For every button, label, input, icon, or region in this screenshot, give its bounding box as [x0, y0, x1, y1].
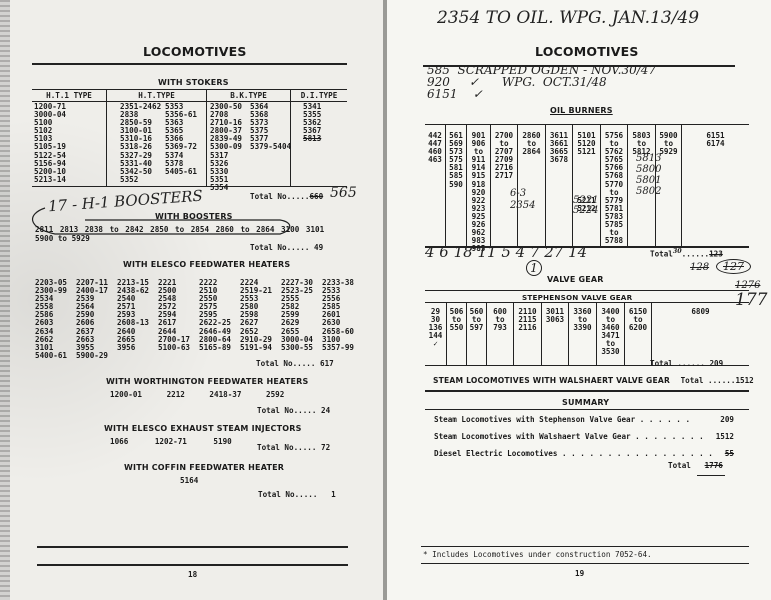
title-rule: [32, 63, 347, 65]
table-column: 6150 to 6200: [625, 303, 652, 365]
boosters-heading: WITH BOOSTERS: [155, 212, 233, 221]
oil-burners-table: 442 447 460 463561 569 573 575 581 585 5…: [425, 124, 749, 248]
col-header: H.T.TYPE: [107, 92, 206, 102]
worthington-values: 1200-01 2212 2418-37 2592: [110, 391, 284, 399]
elesco-injectors-values: 1066 1202-71 5190: [110, 438, 232, 446]
oil-burner-handwritten-col5: 6-3 2354: [510, 188, 535, 212]
right-page-number: 19: [575, 570, 584, 578]
col-values: 2300-50 2708 2710-16 2800-37 2839-49 530…: [210, 103, 242, 192]
table-column: 3611 3661 3665 3678: [546, 125, 573, 246]
footnote: * Includes Locomotives under constructio…: [423, 551, 652, 559]
col-values: 5364 5368 5373 5375 5377 5379-5404: [250, 103, 291, 184]
table-column: 6809: [652, 303, 749, 365]
table-column: 2110 2115 2116: [514, 303, 542, 365]
col-values: 2351-2462 2838 2850-59 3100-01 5310-16 5…: [120, 103, 161, 184]
stephenson-table: 29 30 136 144 ✓506 to 550560 to 597600 t…: [425, 302, 749, 366]
table-column: 560 to 597: [467, 303, 487, 365]
stephenson-heading: STEPHENSON VALVE GEAR: [522, 293, 632, 302]
worthington-heading: WITH WORTHINGTON FEEDWATER HEATERS: [106, 377, 308, 386]
col-values: 5353 5356-61 5363 5365 5366 5369-72 5374…: [165, 103, 197, 176]
struck-total: 128: [690, 262, 709, 273]
footnote-rule-bottom: [421, 563, 749, 564]
oil-burner-handwritten-counts: 4 6 18 11 5 4 7 27 14: [425, 243, 587, 261]
col-header: H.T.1 TYPE: [32, 92, 106, 102]
table-column: 506 to 550: [447, 303, 467, 365]
table-column: 29 30 136 144 ✓: [425, 303, 447, 365]
elesco-feedwater-grid: 2203-052207-112213-152221222222242227-30…: [35, 279, 363, 360]
table-column: 561 569 573 575 581 585 590: [446, 125, 467, 246]
table-column: 600 to 793: [487, 303, 514, 365]
table-column: 3011 3063: [542, 303, 569, 365]
table-column: 2860 to 2864: [518, 125, 546, 246]
coffin-total: Total No..... 1: [258, 491, 336, 499]
summary-row: Diesel Electric Locomotives . . . . . . …: [434, 450, 734, 458]
left-page-number: 18: [188, 571, 197, 579]
walshaert-line: STEAM LOCOMOTIVES WITH WALSHAERT VALVE G…: [433, 376, 754, 385]
table-column: 6151 6174: [682, 125, 749, 246]
coffin-values: 5164: [180, 477, 198, 485]
walshaert-rule: [425, 390, 749, 392]
oil-burner-handwritten-col9: 5813 5800 5801 5802: [636, 153, 661, 197]
stokers-col-bk: B.K.TYPE 2300-50 2708 2710-16 2800-37 28…: [207, 90, 291, 186]
left-page-title: LOCOMOTIVES: [143, 44, 247, 59]
summary-rule: [425, 409, 749, 410]
worthington-total: Total No..... 24: [257, 407, 330, 415]
stokers-heading: WITH STOKERS: [158, 78, 229, 87]
circled-count: 1: [526, 260, 542, 276]
table-column: 5101 5120 5121 5211 5212: [573, 125, 601, 246]
elesco-injectors-total: Total No..... 72: [257, 444, 330, 452]
elesco-injectors-heading: WITH ELESCO EXHAUST STEAM INJECTORS: [104, 424, 302, 433]
stokers-col-di: D.I.TYPE 53415355536253675813: [291, 90, 347, 186]
elesco-feedwater-heading: WITH ELESCO FEEDWATER HEATERS: [123, 260, 290, 269]
summary-total: Total 1776: [668, 462, 723, 470]
stokers-total-handwritten: 565: [330, 185, 357, 201]
boosters-line-1: 2811 2813 2838 to 2842 2850 to 2854 2860…: [35, 226, 324, 234]
boosters-total: Total No..... 49: [250, 244, 323, 252]
handwritten-top-note: 2354 TO OIL. WPG. JAN.13/49: [437, 8, 699, 28]
stokers-col-ht: H.T.TYPE 2351-2462 2838 2850-59 3100-01 …: [107, 90, 207, 186]
col-values: 1200-71 3000-04 5100 5102 5103 5105-19 5…: [34, 103, 66, 184]
handwritten-scrap-notes: 585 SCRAPPED OGDEN - NOV.30/47 920 ✓ WPG…: [427, 64, 656, 100]
circled-struck-total: 127: [716, 259, 751, 274]
summary-row: Steam Locomotives with Walshaert Valve G…: [434, 433, 734, 441]
left-page: LOCOMOTIVES WITH STOKERS H.T.1 TYPE 1200…: [0, 0, 385, 600]
table-column: 3360 to 3390: [569, 303, 597, 365]
footer-rule-top: [37, 546, 348, 548]
col-values: 53415355536253675813: [303, 103, 321, 143]
oil-burner-total: Total30......123: [650, 248, 723, 259]
valve-gear-heading: VALVE GEAR: [547, 275, 604, 284]
valve-gear-rule: [425, 290, 749, 291]
stephenson-total: Total ...... 209: [650, 360, 723, 368]
summary-heading: SUMMARY: [562, 398, 609, 407]
table-column: 5756 to 5762 5765 5766 5768 5770 to 5779…: [601, 125, 628, 246]
stokers-table: H.T.1 TYPE 1200-71 3000-04 5100 5102 510…: [32, 89, 347, 187]
stokers-col-ht1: H.T.1 TYPE 1200-71 3000-04 5100 5102 510…: [32, 90, 107, 186]
col-header: D.I.TYPE: [291, 92, 347, 102]
table-column: 3400 to 3460 3471 to 3530: [597, 303, 625, 365]
footer-rule-bottom: [37, 564, 348, 566]
table-column: 442 447 460 463: [425, 125, 446, 246]
scan-edge: [0, 0, 10, 600]
coffin-heading: WITH COFFIN FEEDWATER HEATER: [124, 463, 284, 472]
oil-burner-handwritten-col7: 5221 5224: [573, 196, 598, 216]
summary-row: Steam Locomotives with Stephenson Valve …: [434, 416, 734, 424]
right-page-title: LOCOMOTIVES: [535, 44, 639, 59]
total-underline: [697, 475, 725, 476]
table-column: 2700 to 2707 2709 2716 2717: [491, 125, 518, 246]
table-column: 901 906 to 911 914 915 918 920 922 923 9…: [467, 125, 491, 246]
elesco-feedwater-total: Total No..... 617: [256, 360, 334, 368]
footnote-rule-top: [421, 546, 749, 547]
col-header: B.K.TYPE: [207, 92, 290, 102]
oil-burners-heading: OIL BURNERS: [550, 106, 613, 115]
boosters-line-2: 5900 to 5929: [35, 235, 90, 243]
